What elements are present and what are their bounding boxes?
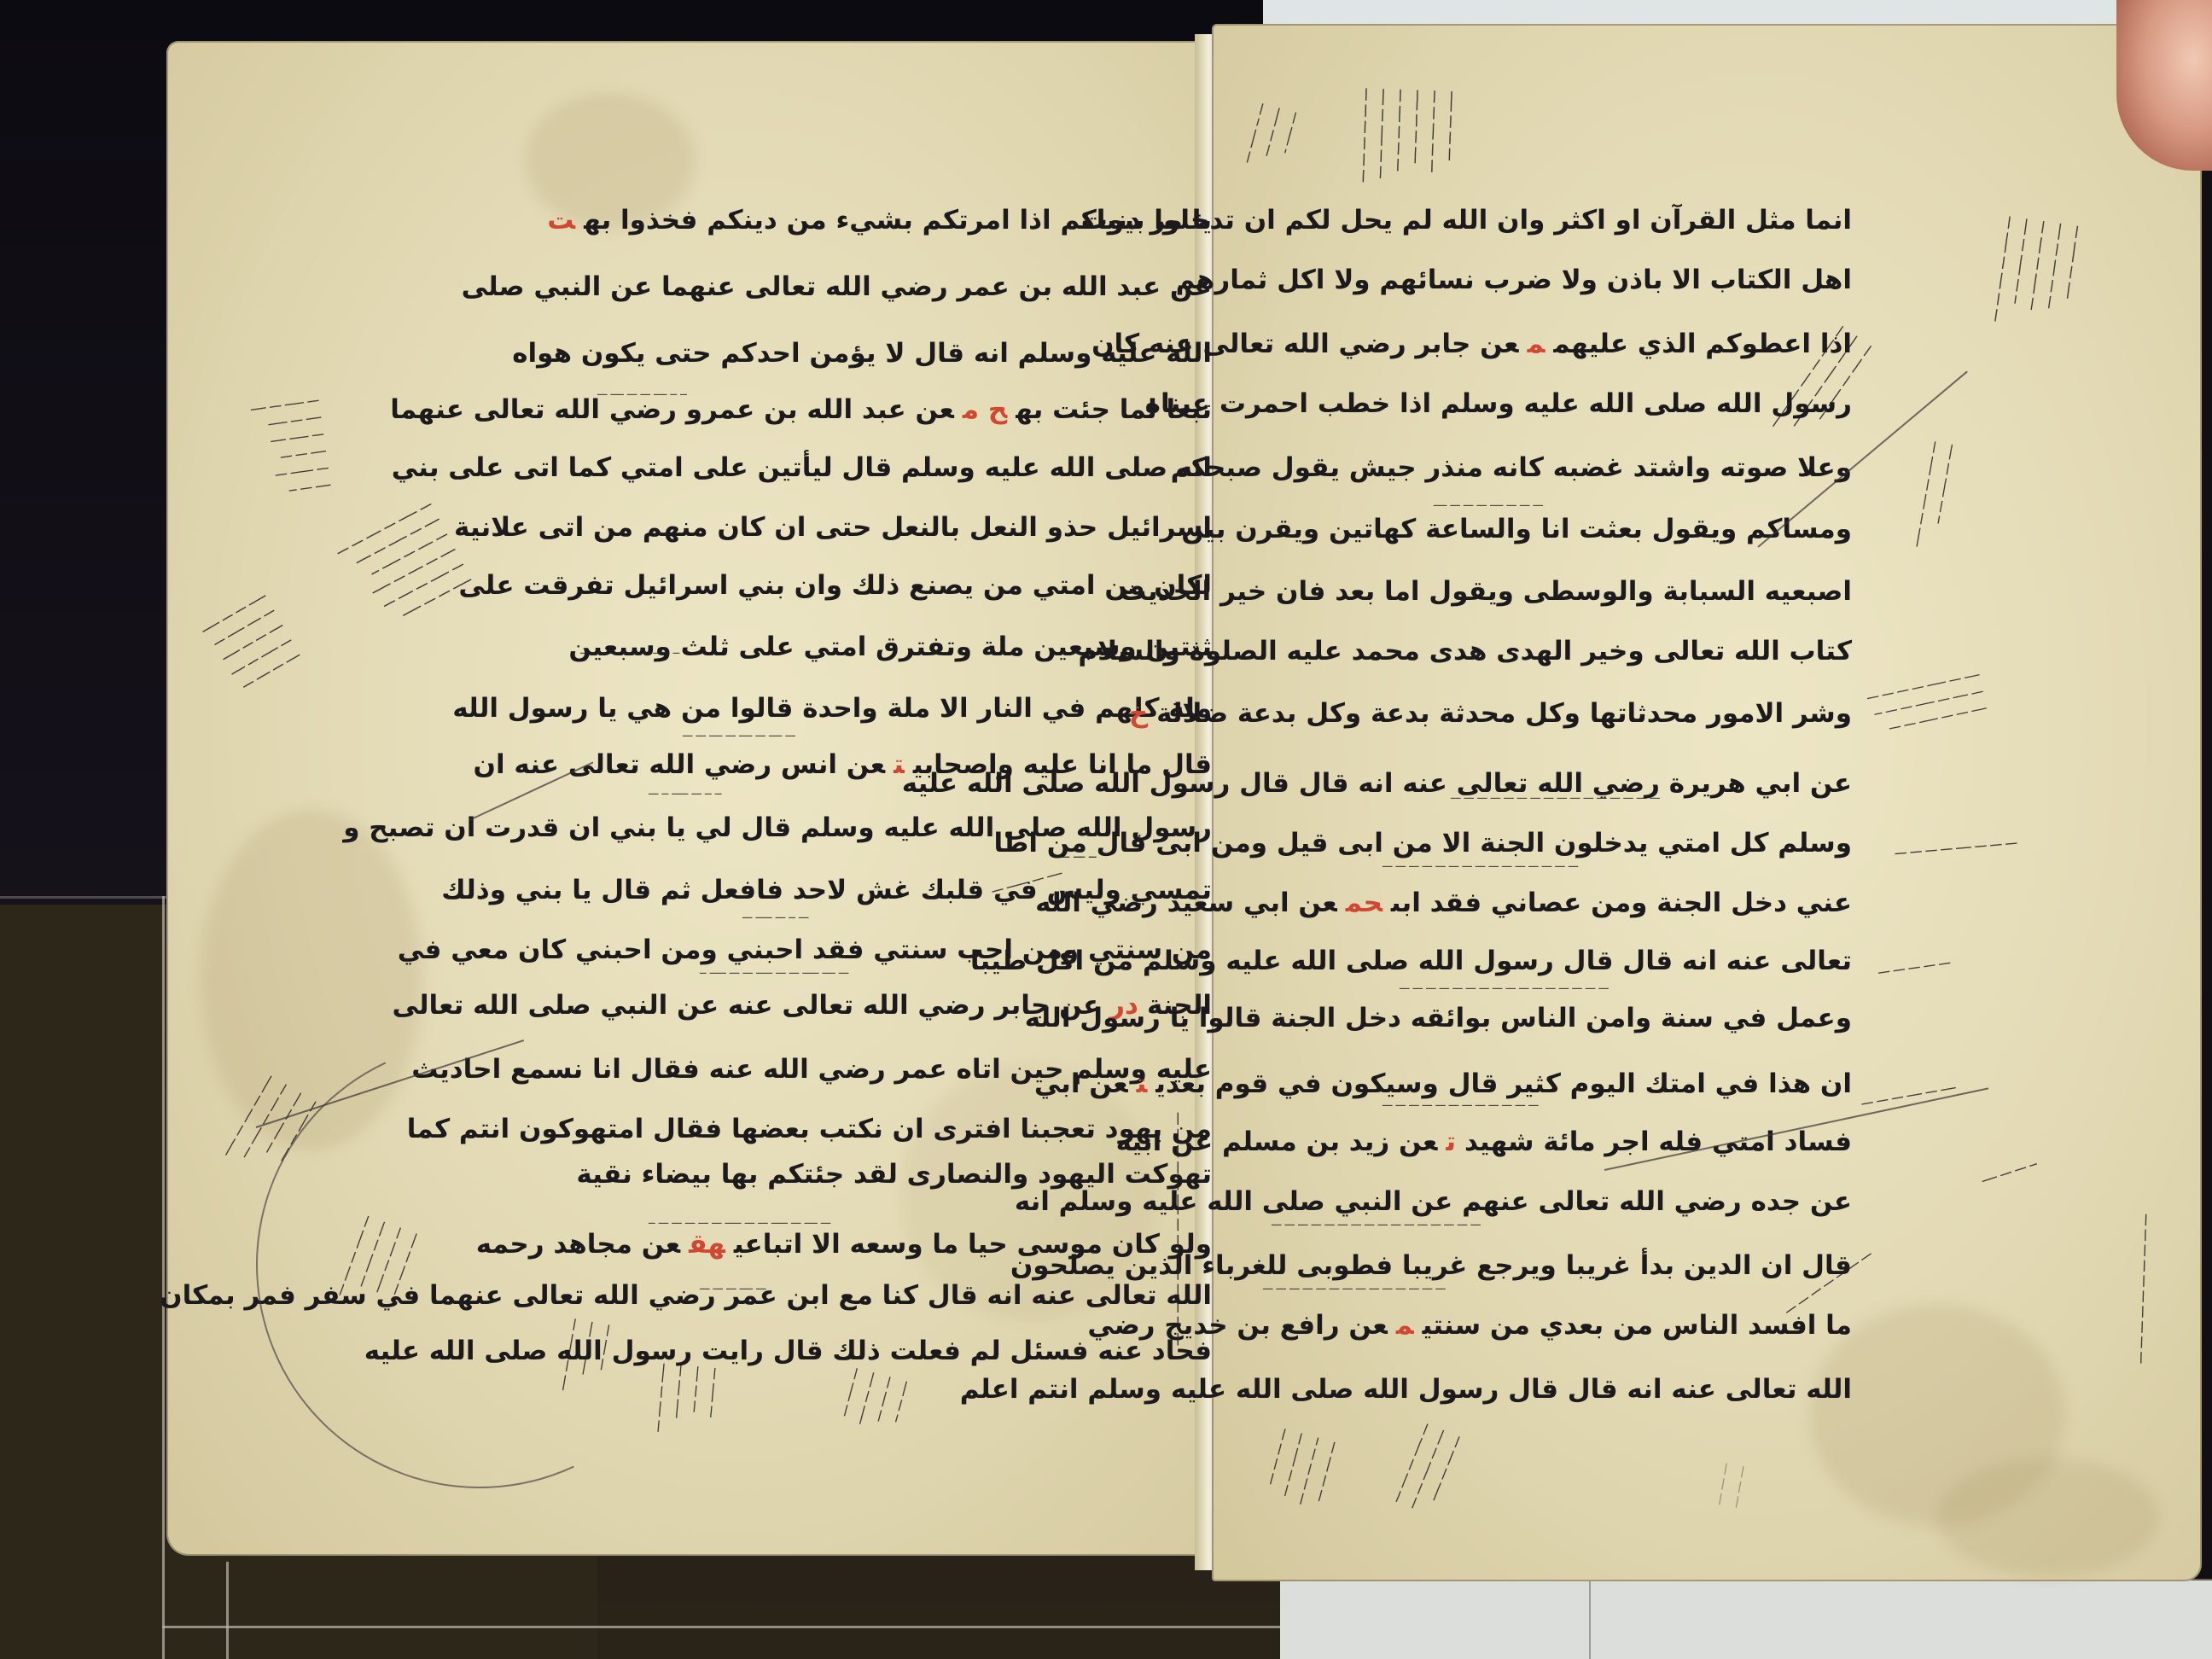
interlinear-gloss: ـــ ـــ ـــ ـــ ـــ ـــ ـــ ـــ ـــ ـــ … xyxy=(1272,1216,1481,1229)
interlinear-gloss: ـــ ــــ ـــــ ـــ ـــ ـــــ ـــ ـــ ـــ… xyxy=(700,964,848,977)
margin-gloss: ـــ ـــ ـــ ـــ ـــ ـــــ ـــ ـــ ـــ ــ… xyxy=(1166,1113,1183,1345)
rubric-siglum: حم xyxy=(1346,888,1382,918)
table-ruled-line xyxy=(162,896,165,1659)
table-ruled-line xyxy=(226,1562,229,1659)
rubric-siglum: م xyxy=(1528,329,1545,359)
rubric-siglum: ت xyxy=(1137,1068,1148,1099)
table-ruled-line xyxy=(162,1626,1280,1628)
rubric-siglum: م xyxy=(1396,1310,1414,1341)
rubric-siglum: ح م xyxy=(963,394,1007,425)
interlinear-gloss: ـــ ـــ ـــ ـــ ـــ ـــ ـــ ـــ ـــ ـــ … xyxy=(1451,789,1660,802)
interlinear-gloss: ـــ ــــ ـــ ـــ ـــ xyxy=(700,1280,765,1293)
rubric-siglum: ت xyxy=(547,205,575,236)
margin-gloss: ـــ ـــ ــــــ ـــ ـــ xyxy=(1708,1461,1749,1508)
table-ruled-line xyxy=(0,896,166,899)
interlinear-gloss: ـــ ــــ ـــ ــــ ـــ ــــ ـــ ـــ xyxy=(683,727,795,740)
interlinear-gloss: ـــ ــــ ـــ ـــــ ـــ ـــ ـــــ ـــ ـــ… xyxy=(649,1214,830,1227)
interlinear-gloss: ــ ـــــ ـــ ــــ ـــ ـــــ ــ xyxy=(580,644,679,657)
margin-gloss: ـــ ـــــ ـــ ــــــــ ـــ ــــــــ ــــ… xyxy=(249,388,331,499)
interlinear-gloss: ـــ ـــ ـــ ـــ ـــ ـــ ـــ ـــ ـــ ـــ … xyxy=(1382,1097,1539,1109)
interlinear-gloss: ـــ ــ ـــ ـــــ ـــ xyxy=(742,909,808,922)
interlinear-gloss: ــ ــ ـــ ـــــ ــ ـــ xyxy=(649,785,721,798)
interlinear-gloss: ـــ ـــ ـــ ــــ ـــ ـــ ـــ ــــ xyxy=(1434,497,1543,509)
rubric-siglum: ت xyxy=(1446,1126,1456,1157)
interlinear-gloss: ـــ ـــ ـــ ـــ ـــ ـــ ـــ ـــ ـــ ـــ … xyxy=(1263,1280,1446,1293)
underlying-paper-bottom xyxy=(1280,1579,2212,1659)
interlinear-gloss: ـــ ـــ ـــ ـــ ـــ ـــ ـــ ـــ ـــ ـــ … xyxy=(1382,858,1578,870)
margin-gloss: ـــ ـــ ـــ ـــ ـــ ـــــــ ـــ ـــــ ــ… xyxy=(1351,88,1457,185)
interlinear-gloss: ـــ ـــ ـــ ـــ ـــ ـــ ـــ ـــ ـــ ـــ … xyxy=(1400,980,1609,992)
margin-gloss: ــ ـــ ـــ xyxy=(1058,845,1097,862)
interlinear-gloss: ــ ــ ــــ ـــ ـــ ــــ ـــ xyxy=(597,386,687,399)
rubric-siglum: خ xyxy=(1129,698,1148,729)
margin-gloss: ـــ ـــــ ـــ ــــ ـــ ـــــــ ـــ ـــــ… xyxy=(1983,215,2082,332)
